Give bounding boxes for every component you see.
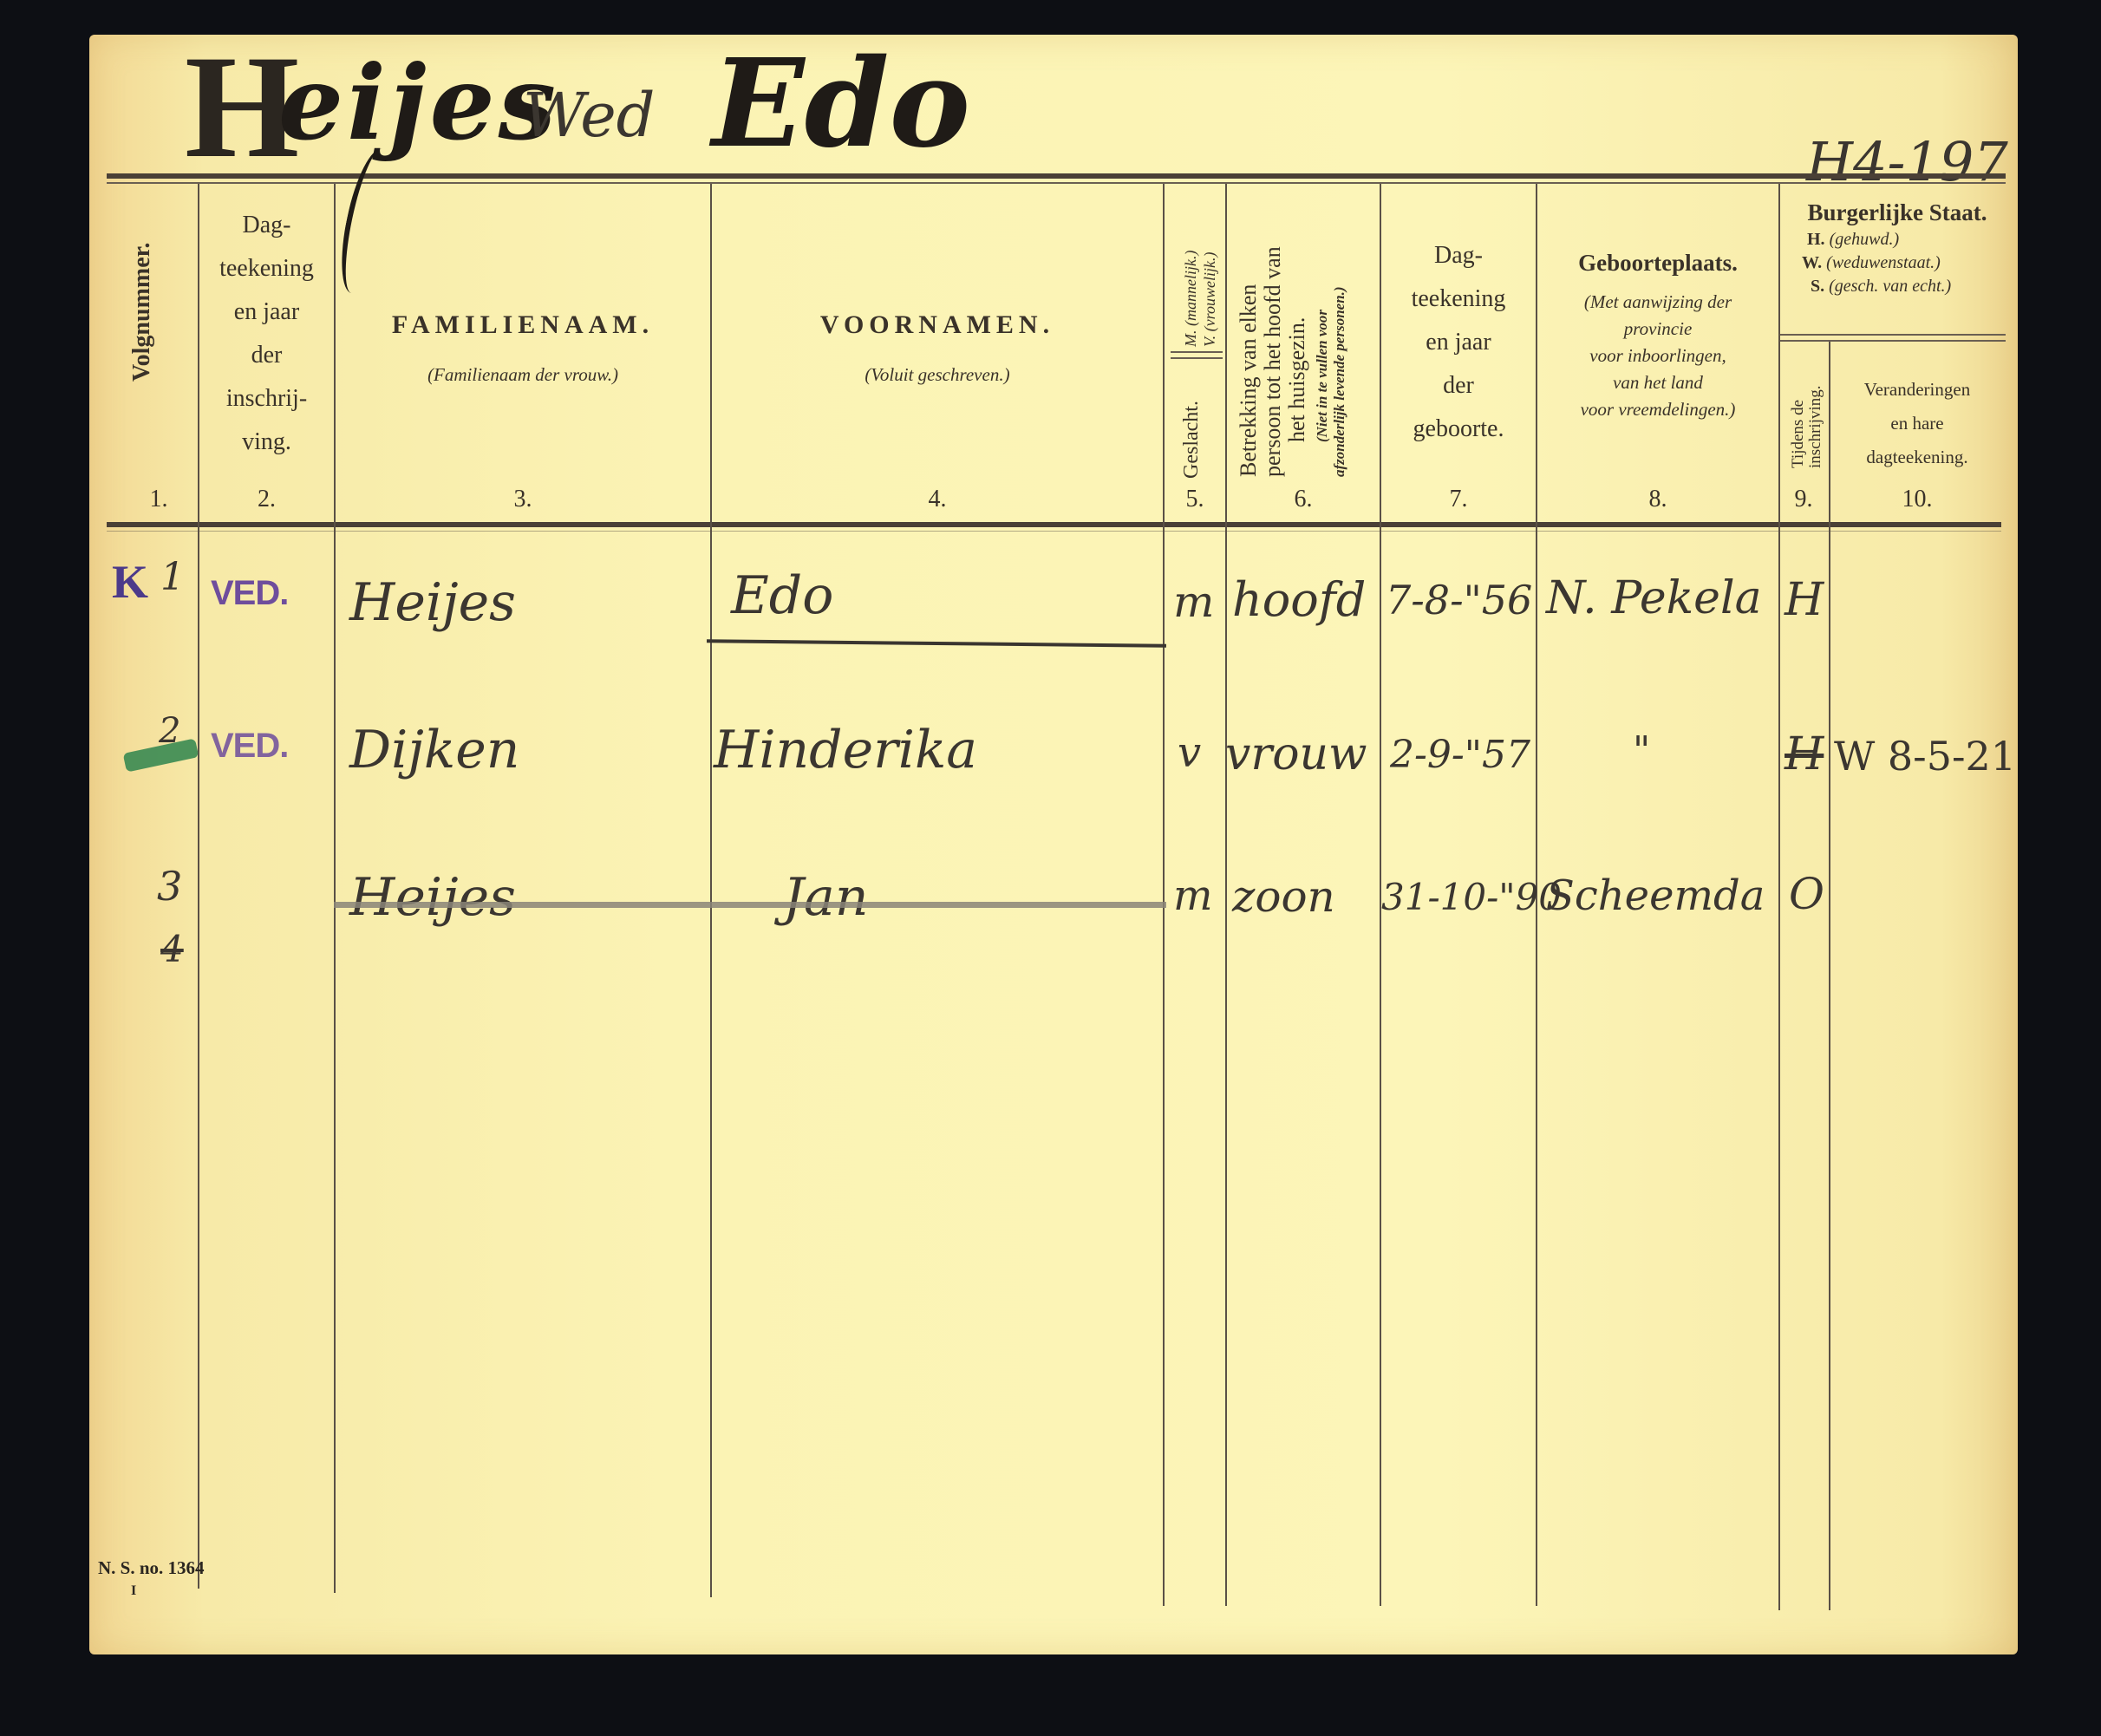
row3-strikethrough (334, 902, 1166, 908)
col-number-5: 5. (1165, 486, 1225, 513)
row1-familienaam: Heijes (349, 572, 516, 633)
row2-ved-stamp: VED. (211, 727, 288, 766)
header-geboortedatum: Dag- teekening en jaar der geboorte. (1381, 234, 1536, 451)
col-number-10: 10. (1830, 486, 2004, 513)
row1-voornamen: Edo (731, 565, 833, 626)
row1-ved-stamp: VED. (211, 574, 288, 613)
staat-separator-2 (1780, 340, 2006, 342)
title-given-name: Edo (712, 43, 970, 165)
geslacht-separator (1171, 351, 1223, 353)
row1-geboortedatum: 7-8-"56 (1386, 577, 1532, 623)
header-geboorteplaats: Geboorteplaats. (Met aanwijzing der prov… (1537, 250, 1778, 423)
row3-betrekking: zoon (1232, 871, 1335, 922)
row1-geslacht: m (1173, 577, 1214, 627)
header-tijdens-1: Tijdens de (1789, 400, 1808, 468)
row1-volgnummer: 1 (160, 555, 185, 599)
staat-option-w: W. (weduwenstaat.) (1785, 253, 2010, 273)
row3-familienaam: Heijes (349, 867, 516, 928)
col-number-1: 1. (124, 486, 193, 513)
row3-geboorteplaats: Scheemda (1546, 871, 1765, 920)
row2-staat: H (1785, 728, 1824, 780)
row3-voornamen: Jan (783, 867, 868, 928)
header-inschrijving: Dag- teekening en jaar der inschrij- vin… (199, 204, 334, 464)
header-betrekking-sub-2: afzonderlijk levende personen.) (1331, 286, 1348, 477)
form-series: I (131, 1583, 136, 1599)
staat-option-s: S. (gesch. van echt.) (1785, 277, 2010, 297)
header-geslacht-v: V. (vrouwelijk.) (1201, 252, 1219, 347)
header-burgerlijke-staat: Burgerlijke Staat. H. (gehuwd.) W. (wedu… (1785, 199, 2010, 297)
row1-underline (707, 639, 1166, 648)
staat-option-h: H. (gehuwd.) (1785, 230, 2010, 250)
geslacht-separator-2 (1171, 357, 1223, 359)
col-divider-9 (1829, 340, 1830, 1610)
header-betrekking-1: Betrekking van elken (1236, 284, 1262, 477)
row4-volgnummer: 4 (160, 928, 184, 970)
row3-volgnummer: 3 (157, 863, 182, 910)
col-number-9: 9. (1778, 486, 1829, 513)
col-number-4: 4. (712, 486, 1163, 513)
header-bottom-rule (107, 522, 2001, 527)
col-number-6: 6. (1227, 486, 1380, 513)
row2-voornamen: Hinderika (714, 720, 977, 780)
header-familienaam: FAMILIENAAM. (Familienaam der vrouw.) (336, 310, 710, 386)
header-volgnummer: Volgnummer. (128, 242, 156, 382)
header-voornamen: VOORNAMEN. (Voluit geschreven.) (712, 310, 1163, 386)
header-betrekking-2: persoon tot het hoofd van (1260, 246, 1286, 477)
row1-betrekking: hoofd (1232, 572, 1366, 627)
header-geslacht: Geslacht. (1180, 401, 1204, 479)
row3-geboortedatum: 31-10-"90 (1381, 876, 1562, 918)
col-number-2: 2. (199, 486, 334, 513)
col-divider-2 (334, 184, 336, 1593)
title-surname: eijes (278, 52, 559, 154)
header-tijdens-2: inschrijving. (1806, 385, 1825, 468)
row1-k-stamp: K (112, 555, 148, 609)
row1-geboorteplaats: N. Pekela (1546, 572, 1762, 624)
register-card: H eijes Wed Edo H4-197 Volgnummer. 1. Da… (89, 35, 2018, 1654)
col-divider-5a (1225, 184, 1227, 1606)
reference-code: H4-197 (1806, 130, 2008, 193)
col-number-3: 3. (336, 486, 710, 513)
header-veranderingen: Veranderingen en hare dagteekening. (1830, 373, 2004, 474)
row2-veranderingen: W 8-5-21 (1834, 733, 2016, 780)
col-number-7: 7. (1381, 486, 1536, 513)
col-divider-4 (1163, 184, 1165, 1606)
row3-staat: O (1789, 869, 1824, 919)
header-betrekking-sub-1: (Niet in te vullen voor (1314, 310, 1331, 442)
header-geslacht-m: M. (mannelijk.) (1182, 251, 1200, 347)
title-annotation: Wed (523, 80, 655, 151)
row2-geboortedatum: 2-9-"57 (1390, 733, 1530, 777)
header-bottom-rule-thin (107, 531, 2001, 532)
row2-geboorteplaats: " (1633, 728, 1650, 773)
title-flourish (332, 145, 401, 297)
header-betrekking-3: het huisgezin. (1284, 317, 1310, 442)
row2-volgnummer: 2 (159, 711, 180, 751)
row2-betrekking: vrouw (1225, 728, 1367, 780)
col-divider-3 (710, 184, 712, 1597)
row2-geslacht: v (1178, 728, 1201, 777)
form-number: N. S. no. 1364 (98, 1557, 205, 1579)
col-divider-8 (1778, 184, 1780, 1610)
row2-familienaam: Dijken (349, 720, 519, 780)
staat-separator (1780, 334, 2006, 336)
row1-staat: H (1785, 574, 1824, 626)
row3-geslacht: m (1173, 871, 1213, 920)
col-number-8: 8. (1537, 486, 1778, 513)
